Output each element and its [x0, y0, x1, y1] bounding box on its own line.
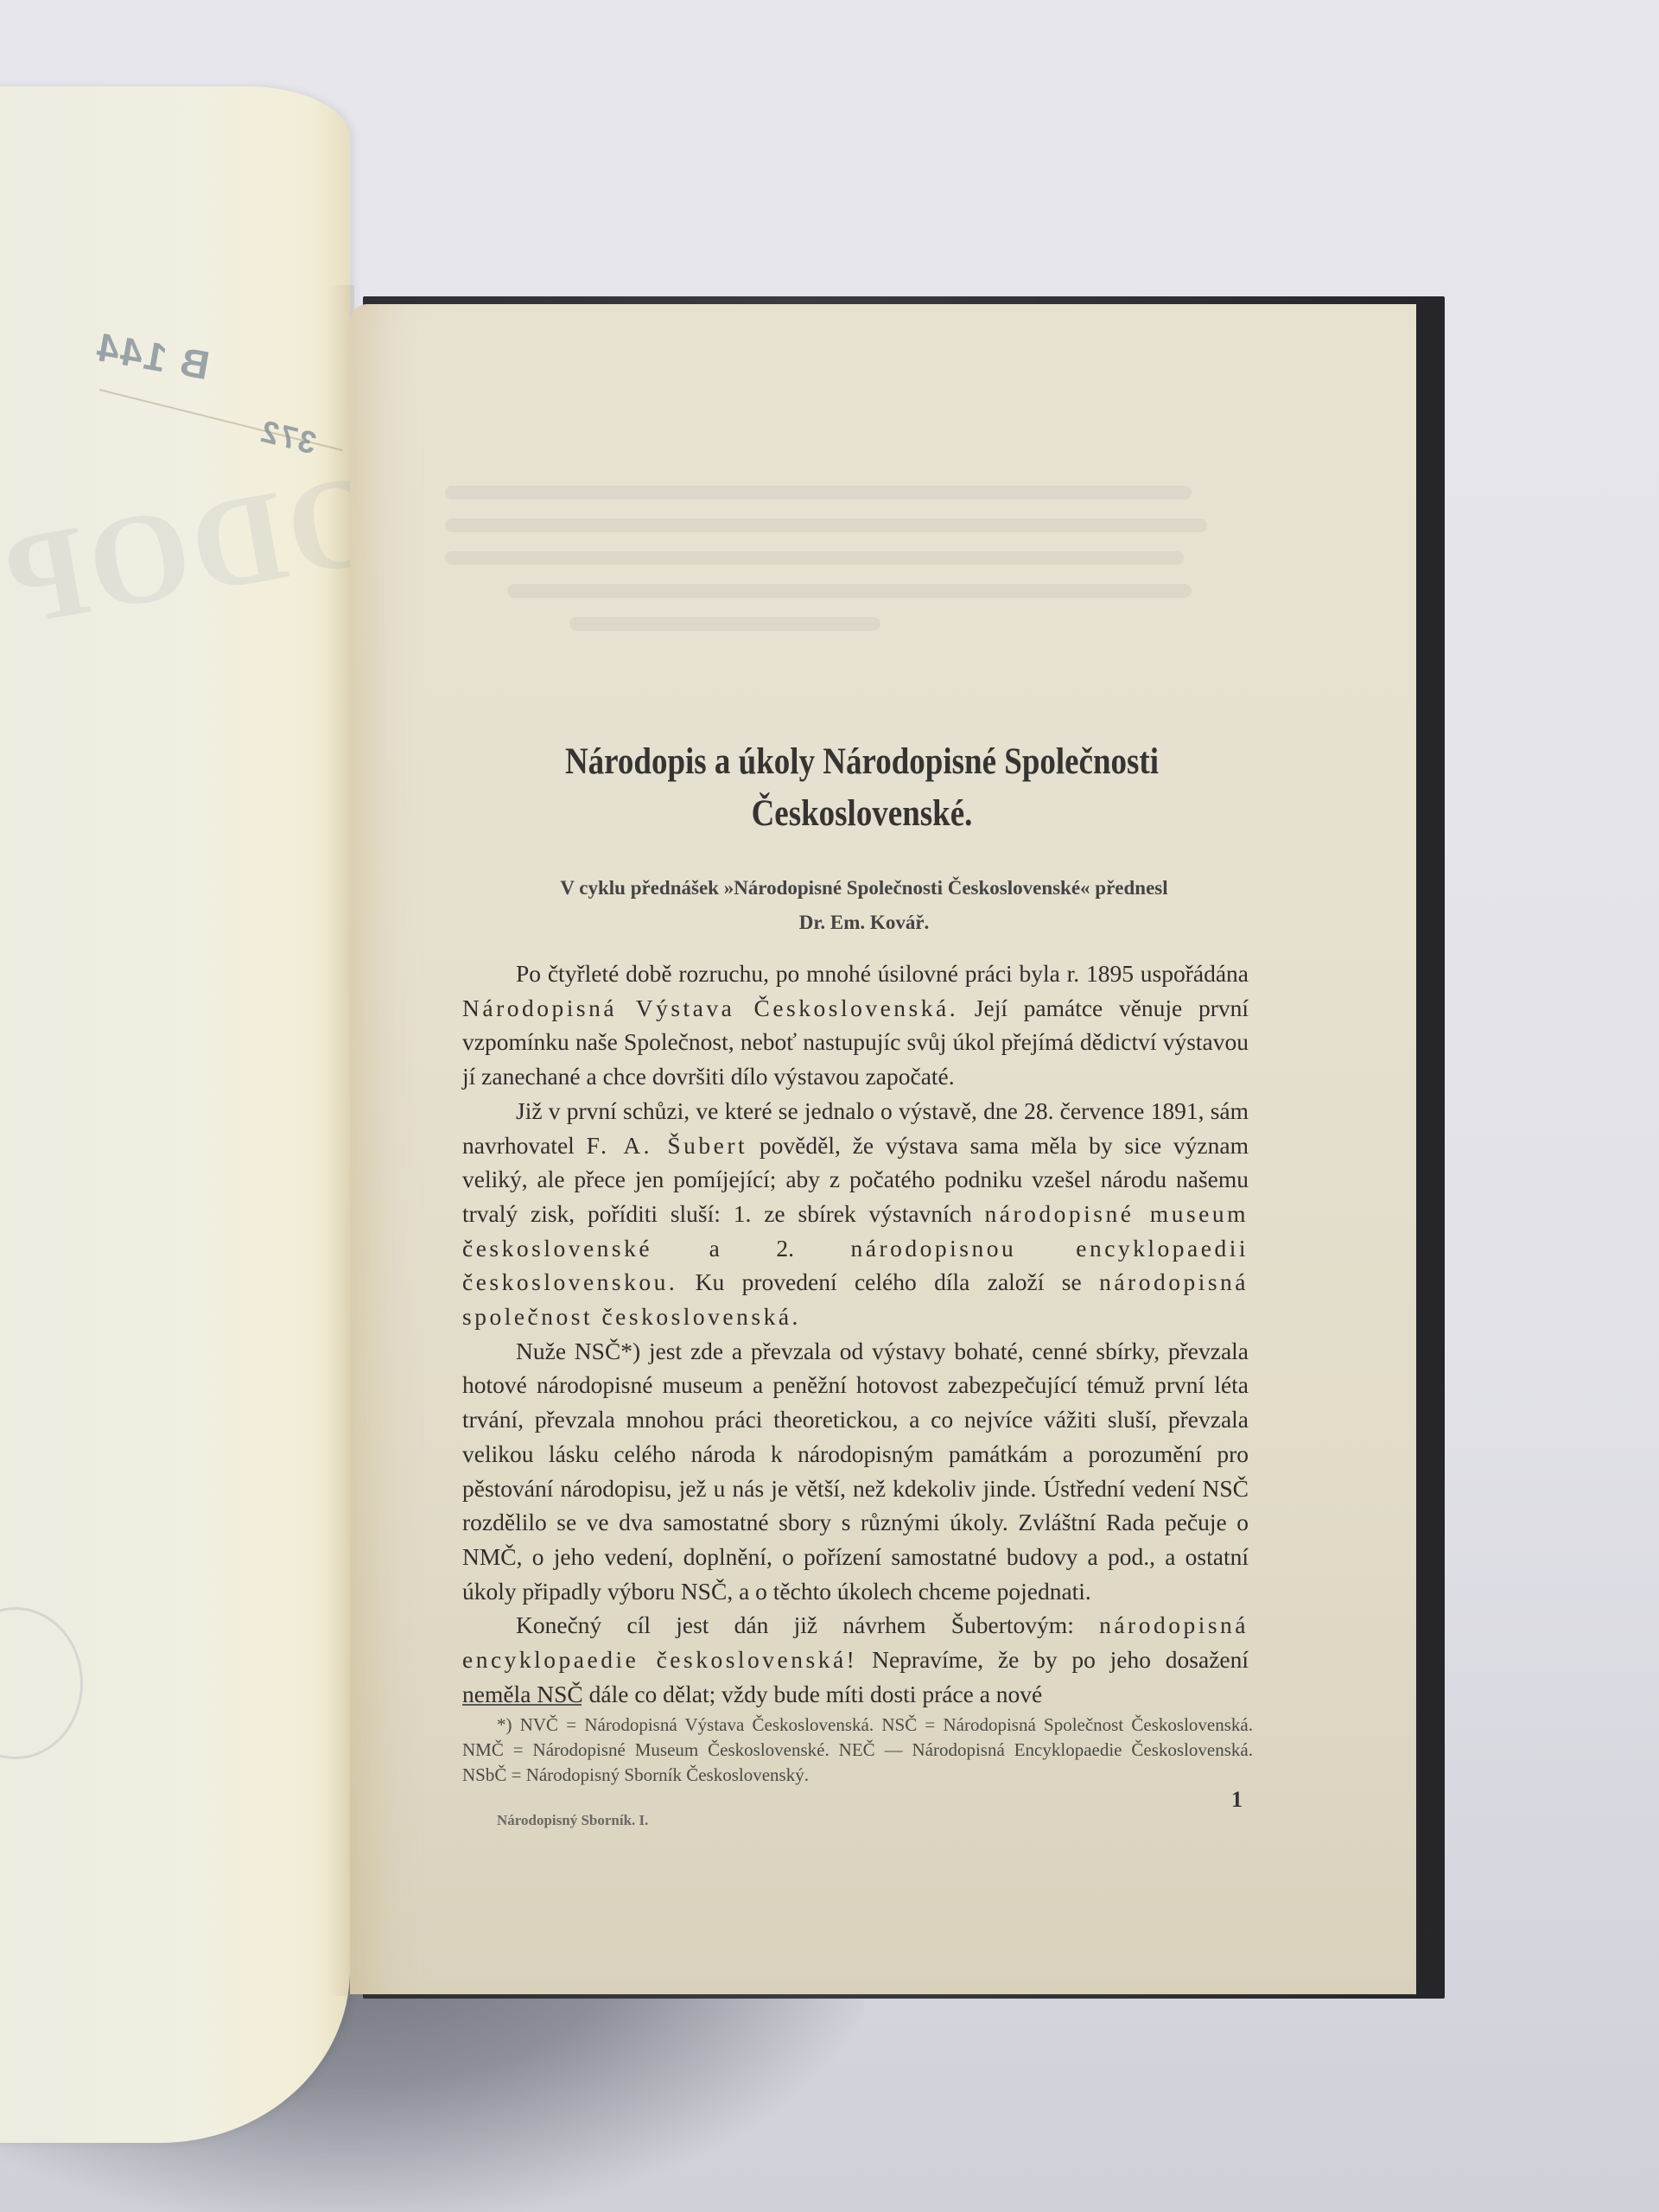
emphasized-text: F. A. Šubert	[587, 1132, 748, 1159]
title-line-2: Československé.	[525, 788, 1198, 840]
article-title: Národopis a úkoly Národopisné Společnost…	[525, 736, 1198, 840]
paragraph: Již v první schůzi, ve které se jednalo …	[462, 1094, 1249, 1334]
emphasized-text: Národopisná Výstava Československá.	[462, 995, 958, 1021]
byline-line-1: V cyklu přednášek »Národopisné Společnos…	[454, 871, 1274, 906]
paragraph-text: a 2.	[652, 1235, 850, 1262]
footnote: *) NVČ = Národopisná Výstava Českosloven…	[462, 1713, 1253, 1788]
paragraph-text: Po čtyřleté době rozruchu, po mnohé úsil…	[516, 960, 1249, 987]
running-footer: Národopisný Sborník. I.	[497, 1812, 648, 1829]
article-byline: V cyklu přednášek »Národopisné Společnos…	[454, 871, 1274, 940]
author-name: Dr. Em. Kovář.	[454, 906, 1274, 940]
bleed-through-text	[445, 486, 1223, 650]
paragraph: Po čtyřleté době rozruchu, po mnohé úsil…	[462, 957, 1249, 1094]
paragraph-text: Konečný cíl jest dán již návrhem Šuberto…	[516, 1611, 1099, 1638]
footnote-separator	[462, 1704, 582, 1706]
footnote-text: *) NVČ = Národopisná Výstava Českosloven…	[462, 1713, 1253, 1788]
left-page	[0, 86, 350, 2143]
title-line-1: Národopis a úkoly Národopisné Společnost…	[525, 736, 1198, 788]
paragraph: Nuže NSČ*) jest zde a převzala od výstav…	[462, 1334, 1249, 1609]
paragraph: Konečný cíl jest dán již návrhem Šuberto…	[462, 1608, 1249, 1711]
paragraph-text: Ku provedení celého díla založí se	[677, 1268, 1099, 1295]
right-page: Národopis a úkoly Národopisné Společnost…	[350, 304, 1416, 1994]
article-body: Po čtyřleté době rozruchu, po mnohé úsil…	[462, 957, 1249, 1711]
paragraph-text: Nuže NSČ*) jest zde a převzala od výstav…	[462, 1338, 1249, 1605]
page-number: 1	[1231, 1787, 1243, 1813]
